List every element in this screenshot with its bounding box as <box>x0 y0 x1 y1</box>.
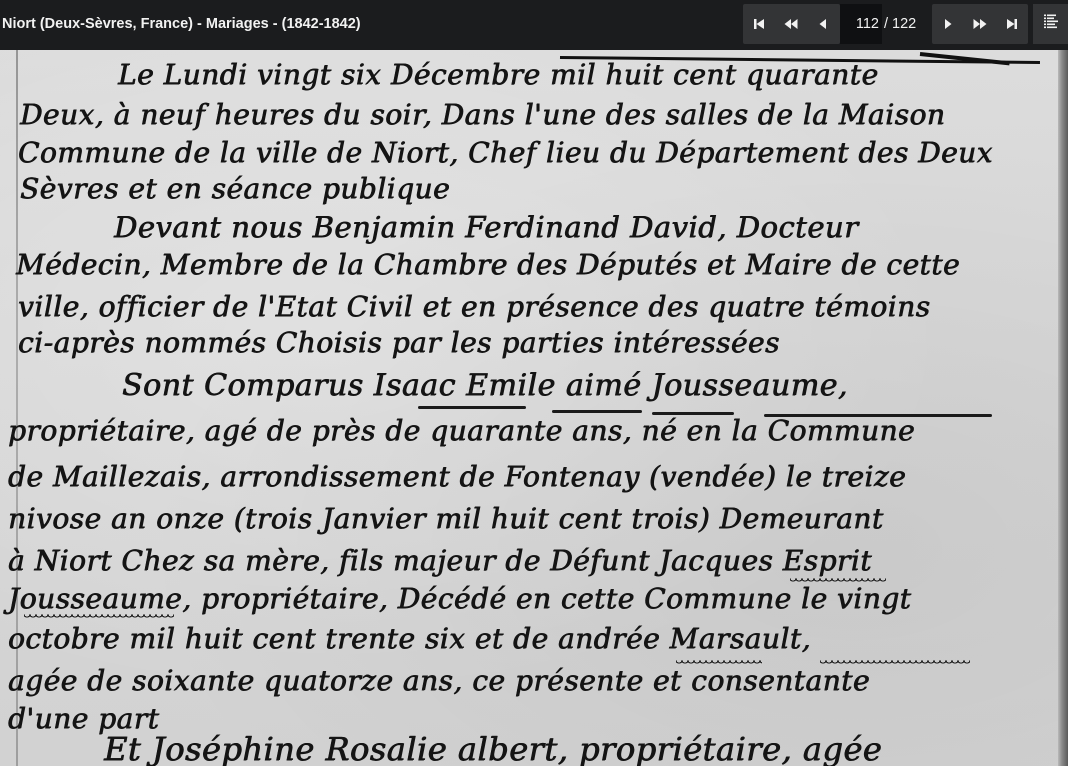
rewind-button[interactable] <box>775 4 807 44</box>
current-page-input[interactable] <box>841 9 881 39</box>
handwritten-line: Commune de la ville de Niort, Chef lieu … <box>18 136 993 169</box>
handwritten-line: ci-après nommés Choisis par les parties … <box>18 326 780 359</box>
menu-button[interactable] <box>1033 4 1068 44</box>
handwritten-line: de Maillezais, arrondissement de Fontena… <box>8 460 906 493</box>
list-menu-icon <box>1044 14 1058 34</box>
handwritten-line: Deux, à neuf heures du soir, Dans l'une … <box>20 98 945 131</box>
document-page-image: Le Lundi vingt six Décembre mil huit cen… <box>0 50 1068 766</box>
handwritten-line: Sèvres et en séance publique <box>20 172 450 205</box>
document-viewer[interactable]: Le Lundi vingt six Décembre mil huit cen… <box>0 50 1068 766</box>
pagination-forward-group <box>932 4 1028 44</box>
handwritten-line: Le Lundi vingt six Décembre mil huit cen… <box>118 58 879 91</box>
current-page-box <box>840 4 882 44</box>
previous-page-icon <box>818 18 828 30</box>
handwritten-line: Médecin, Membre de la Chambre des Député… <box>16 248 960 281</box>
name-underline <box>418 406 526 409</box>
page-edge <box>1058 50 1068 766</box>
name-underline <box>552 410 642 413</box>
name-underline-wavy <box>24 614 174 620</box>
handwritten-line: à Niort Chez sa mère, fils majeur de Déf… <box>8 544 872 577</box>
previous-page-button[interactable] <box>807 4 839 44</box>
next-page-icon <box>943 18 953 30</box>
handwritten-line: agée de soixante quatorze ans, ce présen… <box>8 664 870 697</box>
pagination-back-group <box>743 4 840 44</box>
rewind-icon <box>784 18 798 30</box>
handwritten-line: Jousseaume, propriétaire, Décédé en cett… <box>8 582 911 615</box>
next-page-button[interactable] <box>932 4 964 44</box>
ink-rule <box>920 52 1010 65</box>
register-title: Niort (Deux-Sèvres, France) - Mariages -… <box>2 16 361 32</box>
last-page-icon <box>1006 18 1018 30</box>
handwritten-line: propriétaire, agé de près de quarante an… <box>8 414 915 447</box>
handwritten-line: Sont Comparus Isaac Emile aimé Jousseaum… <box>122 368 848 403</box>
first-page-icon <box>753 18 765 30</box>
handwritten-line: ville, officier de l'Etat Civil et en pr… <box>18 290 931 323</box>
fast-forward-button[interactable] <box>964 4 996 44</box>
handwritten-line: nivose an onze (trois Janvier mil huit c… <box>8 502 884 535</box>
handwritten-line: octobre mil huit cent trente six et de a… <box>8 622 811 655</box>
handwritten-line: Et Joséphine Rosalie albert, propriétair… <box>104 730 882 766</box>
last-page-button[interactable] <box>996 4 1028 44</box>
page-total: / 122 <box>884 16 916 32</box>
top-bar: Niort (Deux-Sèvres, France) - Mariages -… <box>0 0 1068 50</box>
first-page-button[interactable] <box>743 4 775 44</box>
handwritten-line: Devant nous Benjamin Ferdinand David, Do… <box>114 210 858 244</box>
fast-forward-icon <box>973 18 987 30</box>
